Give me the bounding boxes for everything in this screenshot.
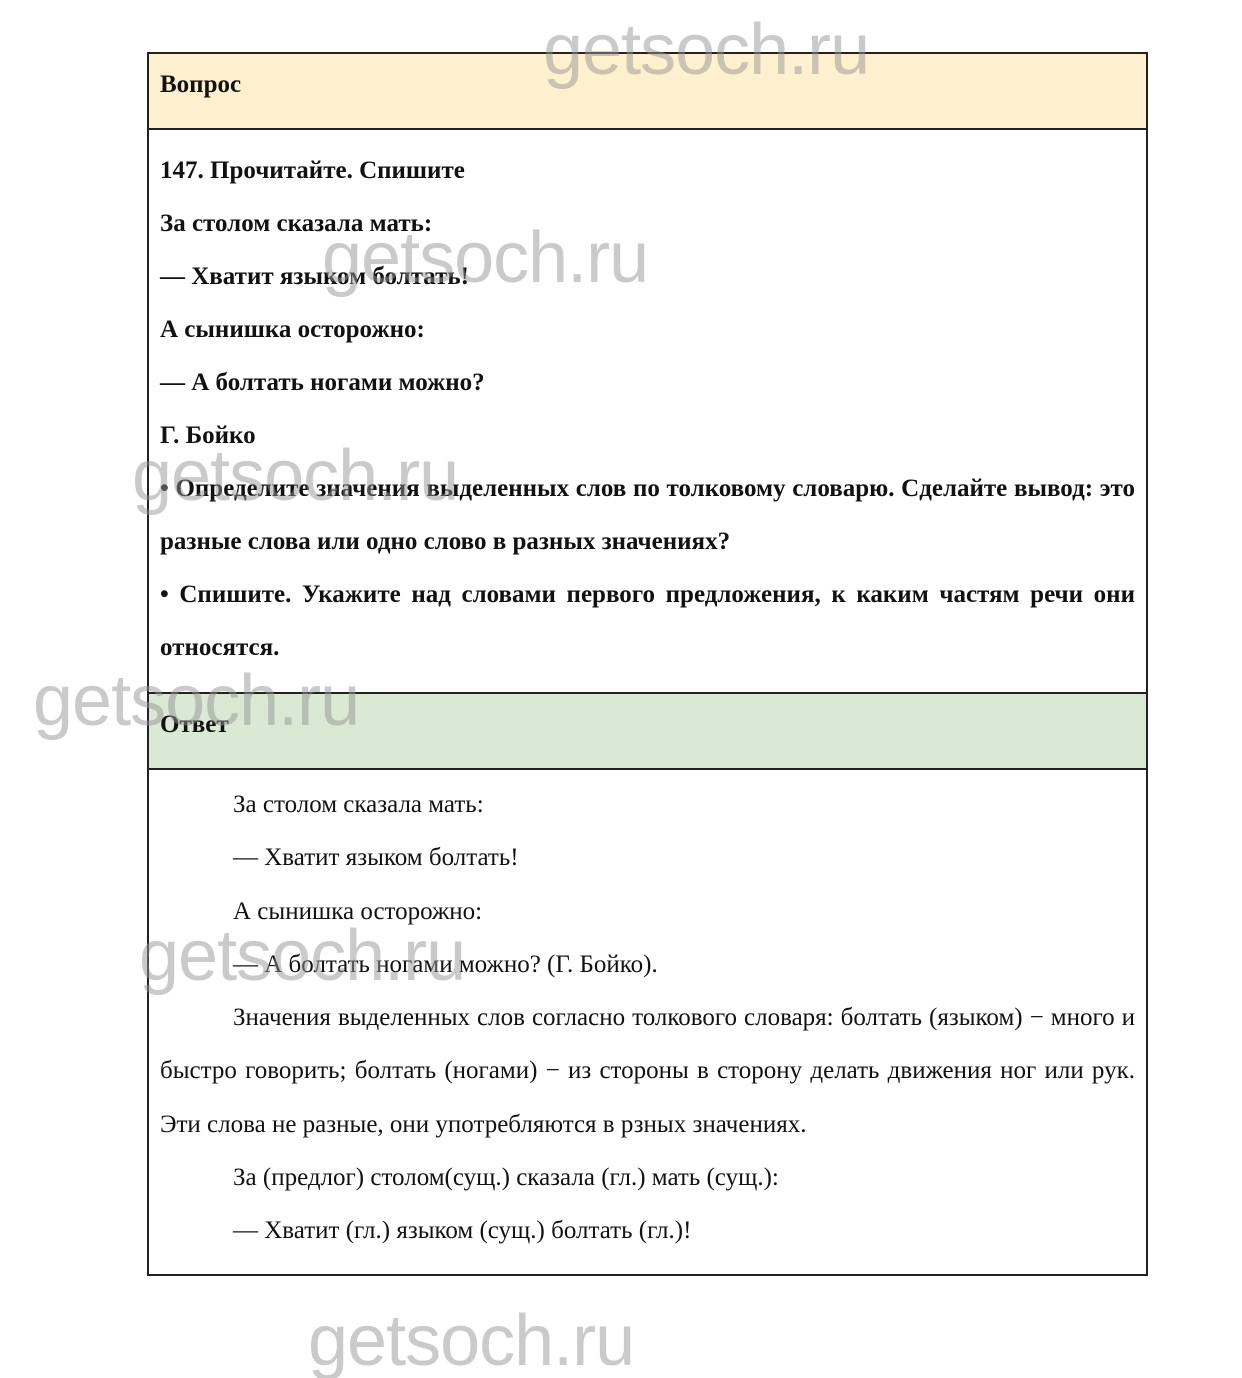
poem-line: — Хватит языком болтать! (160, 250, 1135, 303)
watermark: getsoch.ru (308, 1305, 634, 1377)
answer-poem-line: — А болтать ногами можно? (Г. Бойко). (160, 938, 1135, 991)
exercise-title: 147. Прочитайте. Спишите (160, 144, 1135, 197)
question-body: 147. Прочитайте. Спишите За столом сказа… (149, 130, 1146, 692)
answer-header-label: Ответ (160, 712, 229, 737)
answer-explanation: Значения выделенных слов согласно толков… (160, 991, 1135, 1151)
answer-poem-line: А сынишка осторожно: (160, 885, 1135, 938)
answer-parsing-line: За (предлог) столом(сущ.) сказала (гл.) … (160, 1151, 1135, 1204)
poem-author: Г. Бойко (160, 409, 1135, 462)
poem-line: А сынишка осторожно: (160, 303, 1135, 356)
qa-table: Вопрос 147. Прочитайте. Спишите За столо… (147, 52, 1148, 1276)
answer-parsing-line: — Хватит (гл.) языком (сущ.) болтать (гл… (160, 1204, 1135, 1257)
question-header-label: Вопрос (160, 72, 241, 97)
task-item: • Спишите. Укажите над словами первого п… (160, 568, 1135, 674)
question-header: Вопрос (149, 54, 1146, 130)
poem-line: — А болтать ногами можно? (160, 356, 1135, 409)
poem-line: За столом сказала мать: (160, 197, 1135, 250)
answer-body: За столом сказала мать: — Хватит языком … (149, 770, 1146, 1274)
answer-poem-line: — Хватит языком болтать! (160, 831, 1135, 884)
answer-poem-line: За столом сказала мать: (160, 778, 1135, 831)
task-item: • Определите значения выделенных слов по… (160, 462, 1135, 568)
answer-header: Ответ (149, 692, 1146, 770)
